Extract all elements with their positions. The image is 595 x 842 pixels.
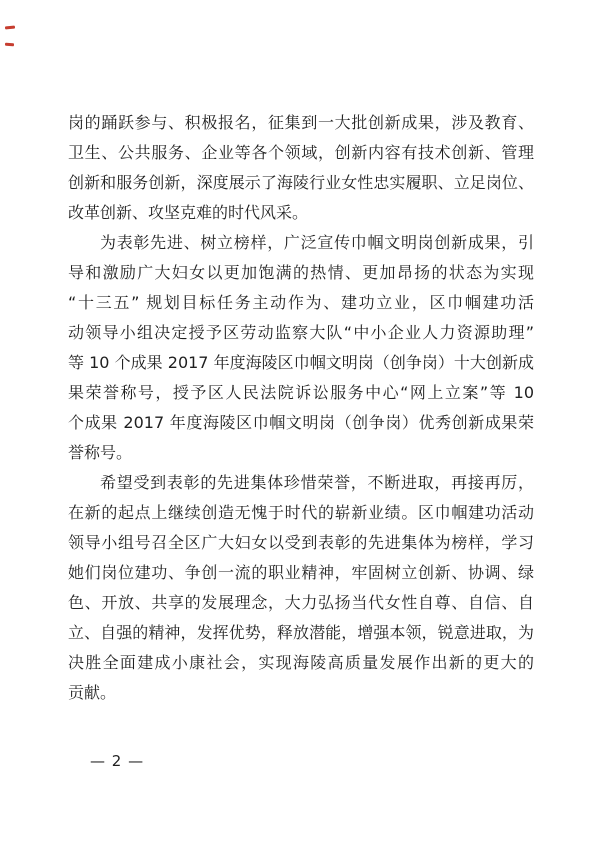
red-artifact-mark-bottom: [5, 43, 14, 47]
body-line: 决胜全面建成小康社会，实现海陵高质量发展作出新的更大的: [68, 648, 534, 678]
body-line: 个成果 2017 年度海陵区巾帼文明岗（创争岗）优秀创新成果荣: [68, 408, 534, 438]
document-body: 岗的踊跃参与、积极报名，征集到一大批创新成果，涉及教育、 卫生、公共服务、企业等…: [68, 108, 534, 708]
body-line: 创新和服务创新，深度展示了海陵行业女性忠实履职、立足岗位、: [68, 168, 534, 198]
body-line: 等 10 个成果 2017 年度海陵区巾帼文明岗（创争岗）十大创新成: [68, 348, 534, 378]
body-line: 誉称号。: [68, 438, 534, 468]
page-number: — 2 —: [90, 750, 144, 772]
body-line: 色、开放、共享的发展理念，大力弘扬当代女性自尊、自信、自: [68, 588, 534, 618]
body-line: 领导小组号召全区广大妇女以受到表彰的先进集体为榜样，学习: [68, 528, 534, 558]
body-line: 卫生、公共服务、企业等各个领域，创新内容有技术创新、管理: [68, 138, 534, 168]
body-line: 希望受到表彰的先进集体珍惜荣誉，不断进取，再接再厉，: [68, 468, 534, 498]
body-line: 立、自强的精神，发挥优势，释放潜能，增强本领，锐意进取，为: [68, 618, 534, 648]
body-line: 动领导小组决定授予区劳动监察大队“中小企业人力资源助理”: [68, 318, 534, 348]
body-line: 她们岗位建功、争创一流的职业精神，牢固树立创新、协调、绿: [68, 558, 534, 588]
body-line: 改革创新、攻坚克难的时代风采。: [68, 198, 534, 228]
body-line: 为表彰先进、树立榜样，广泛宣传巾帼文明岗创新成果，引: [68, 228, 534, 258]
document-page: 岗的踊跃参与、积极报名，征集到一大批创新成果，涉及教育、 卫生、公共服务、企业等…: [0, 0, 595, 842]
body-line: 贡献。: [68, 678, 534, 708]
red-artifact-mark-top: [5, 25, 15, 29]
body-line: 果荣誉称号，授予区人民法院诉讼服务中心“网上立案”等 10: [68, 378, 534, 408]
body-line: 岗的踊跃参与、积极报名，征集到一大批创新成果，涉及教育、: [68, 108, 534, 138]
body-line: 导和激励广大妇女以更加饱满的热情、更加昂扬的状态为实现: [68, 258, 534, 288]
body-line: “十三五” 规划目标任务主动作为、建功立业，区巾帼建功活: [68, 288, 534, 318]
body-line: 在新的起点上继续创造无愧于时代的崭新业绩。区巾帼建功活动: [68, 498, 534, 528]
